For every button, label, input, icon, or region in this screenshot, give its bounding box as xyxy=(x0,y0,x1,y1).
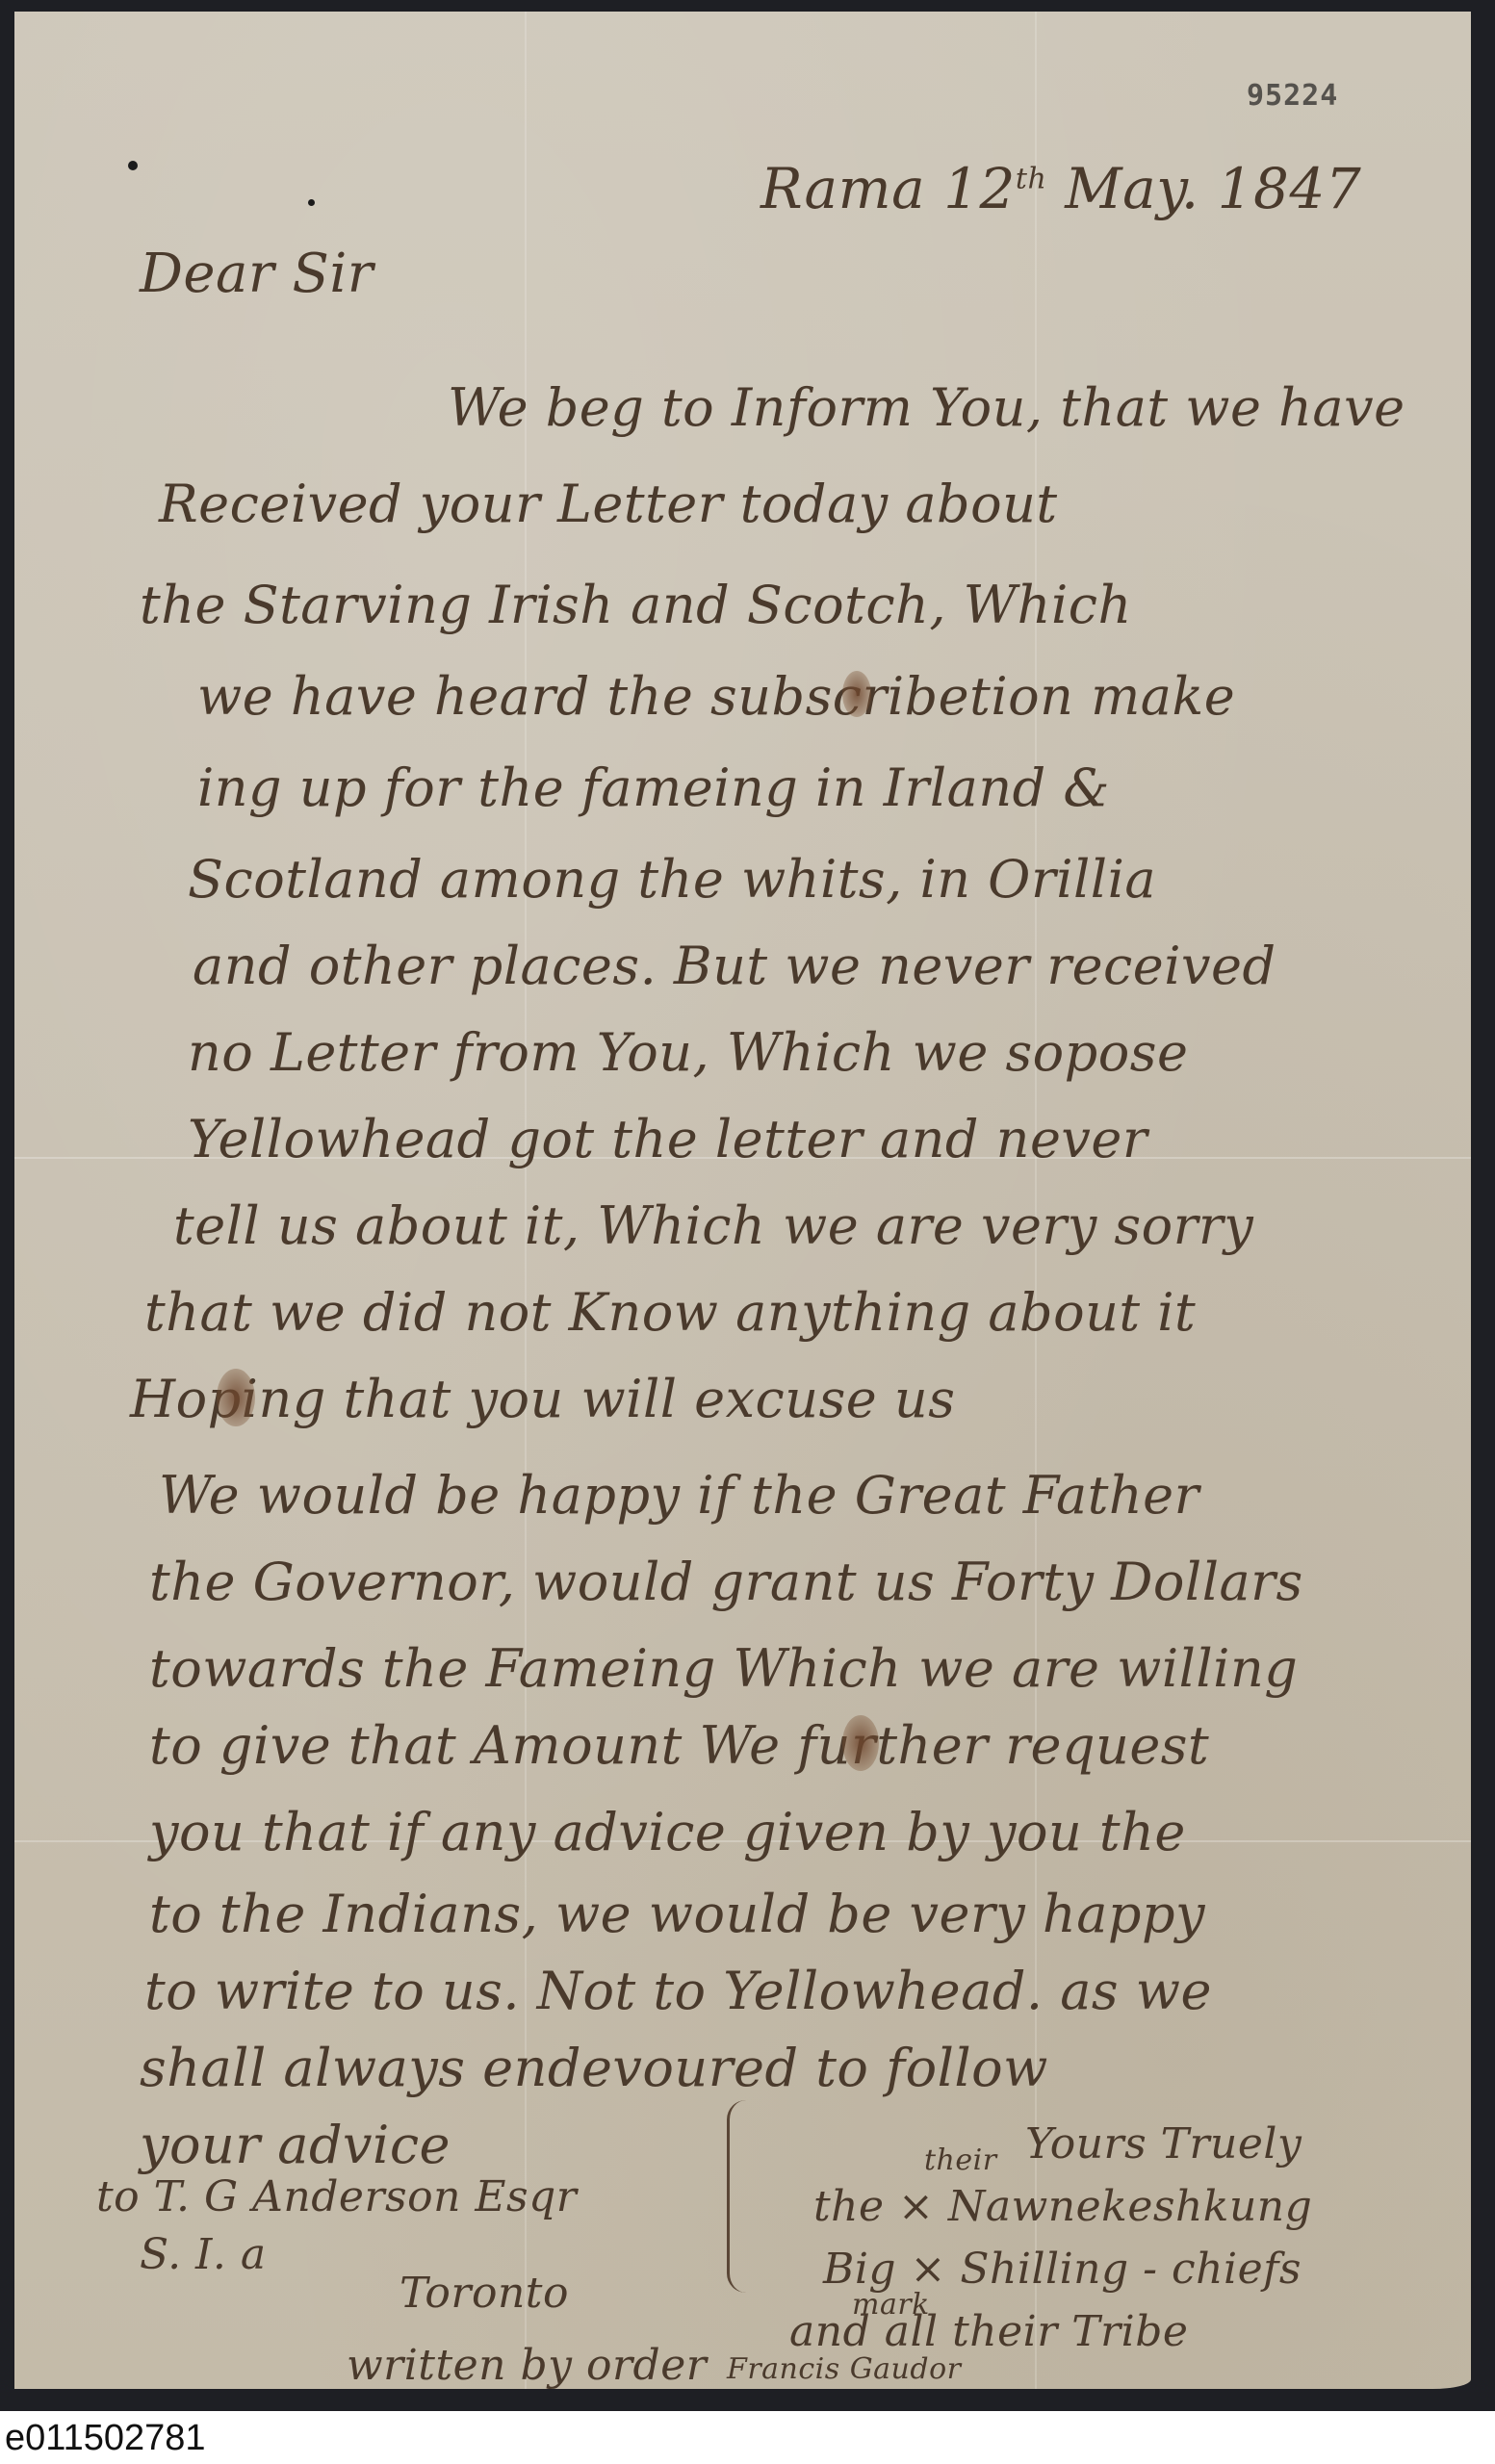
writer-name: Francis Gaudor xyxy=(727,2352,961,2386)
letter-line: ing up for the fameing in Irland & xyxy=(197,757,1110,818)
bracket-mark xyxy=(727,2100,749,2293)
letter-line: Received your Letter today about xyxy=(159,474,1058,534)
letter-line: your advice xyxy=(140,2115,451,2175)
letter-line: no Letter from You, Which we sopose xyxy=(188,1022,1188,1083)
letter-line: shall always endevoured to follow xyxy=(140,2038,1048,2098)
place: Rama xyxy=(760,156,925,221)
letter-line: and other places. But we never received xyxy=(193,936,1276,996)
ink-stain xyxy=(217,1369,255,1426)
month: May. xyxy=(1065,156,1199,221)
ink-stain xyxy=(842,1715,879,1771)
letter-line: that we did not Know anything about it xyxy=(144,1282,1196,1343)
signature-chief-1: the × Nawnekeshkung xyxy=(813,2182,1312,2231)
letter-line: to give that Amount We further request xyxy=(149,1715,1209,1776)
dateline: Rama 12th May. 1847 xyxy=(760,156,1361,221)
archive-stamp-number: 95224 xyxy=(1247,79,1338,113)
salutation: Dear Sir xyxy=(140,243,374,305)
day: 12 xyxy=(943,156,1016,221)
letter-line: We beg to Inform You, that we have xyxy=(448,377,1405,438)
letter-line: Scotland among the whits, in Orillia xyxy=(188,849,1156,910)
closing-yours-truly: Yours Truely xyxy=(1025,2119,1302,2169)
letter-line: We would be happy if the Great Father xyxy=(159,1465,1199,1526)
address-line-2: S. I. a xyxy=(140,2230,267,2279)
pin-hole xyxy=(308,199,315,206)
letter-line: to write to us. Not to Yellowhead. as we xyxy=(144,1961,1212,2021)
signature-chief-2: Big × Shilling - chiefs xyxy=(823,2245,1302,2294)
letter-line: we have heard the subscribetion make xyxy=(197,666,1235,727)
letter-line: the Starving Irish and Scotch, Which xyxy=(140,575,1132,635)
closing-their: their xyxy=(924,2143,997,2177)
tribe-line: and all their Tribe xyxy=(789,2307,1188,2356)
ink-blot xyxy=(842,671,871,717)
year: 1847 xyxy=(1218,156,1362,221)
letter-line: towards the Fameing Which we are willing xyxy=(149,1638,1298,1699)
pin-hole xyxy=(128,161,138,170)
letter-line: to the Indians, we would be very happy xyxy=(149,1884,1205,1944)
day-suffix: th xyxy=(1016,163,1046,196)
address-line-1: to T. G Anderson Esqr xyxy=(96,2172,577,2221)
address-line-3: Toronto xyxy=(400,2269,569,2318)
letter-line: Yellowhead got the letter and never xyxy=(188,1109,1147,1169)
letter-page: 95224 Rama 12th May. 1847 Dear Sir We be… xyxy=(14,12,1471,2389)
letter-line: tell us about it, Which we are very sorr… xyxy=(173,1195,1253,1256)
written-by-order: written by order xyxy=(347,2341,707,2390)
catalog-id: e011502781 xyxy=(5,2418,206,2459)
letter-line: the Governor, would grant us Forty Dolla… xyxy=(149,1552,1303,1612)
letter-line: you that if any advice given by you the xyxy=(149,1802,1186,1862)
